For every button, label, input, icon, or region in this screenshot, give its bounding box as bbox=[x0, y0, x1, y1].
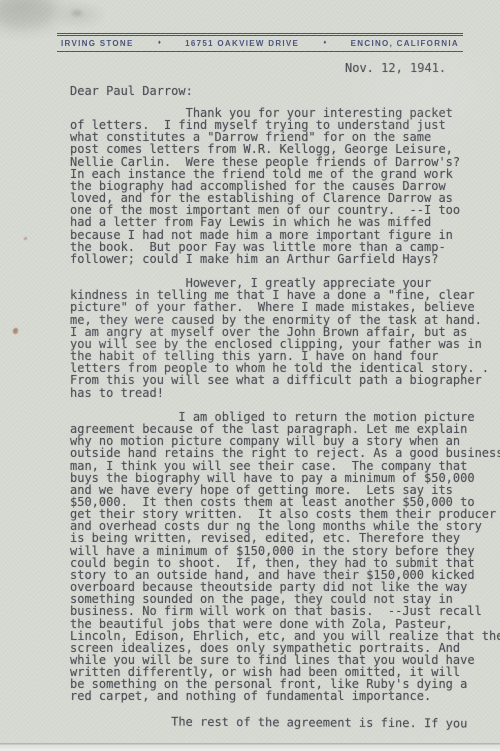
body-paragraph-4: The rest of the agreement is fine. If yo… bbox=[70, 715, 500, 730]
diamond-separator-icon: ♦ bbox=[158, 40, 161, 46]
body-paragraph-1: Thank you for your interesting packet of… bbox=[70, 107, 500, 265]
letterhead: IRVING STONE ♦ 16751 OAKVIEW DRIVE ♦ ENC… bbox=[57, 33, 463, 52]
paper-bottom-edge bbox=[0, 743, 500, 751]
ink-speck bbox=[24, 237, 27, 240]
letterhead-name: IRVING STONE bbox=[61, 39, 134, 48]
date-line: Nov. 12, 1941. bbox=[345, 61, 446, 75]
letterhead-city: ENCINO, CALIFORNIA bbox=[351, 39, 459, 48]
letterhead-address: 16751 OAKVIEW DRIVE bbox=[185, 39, 299, 48]
ink-speck bbox=[13, 328, 18, 334]
letter-body: Thank you for your interesting packet of… bbox=[70, 107, 500, 739]
letter-page: IRVING STONE ♦ 16751 OAKVIEW DRIVE ♦ ENC… bbox=[0, 0, 500, 751]
salutation: Dear Paul Darrow: bbox=[70, 84, 193, 98]
body-paragraph-3: I am obliged to return the motion pictur… bbox=[70, 411, 500, 703]
diamond-separator-icon: ♦ bbox=[323, 40, 326, 46]
scan-smudge bbox=[0, 0, 56, 28]
body-paragraph-2: However, I greatly appreciate your kindn… bbox=[70, 277, 500, 399]
scan-mark bbox=[72, 10, 82, 16]
